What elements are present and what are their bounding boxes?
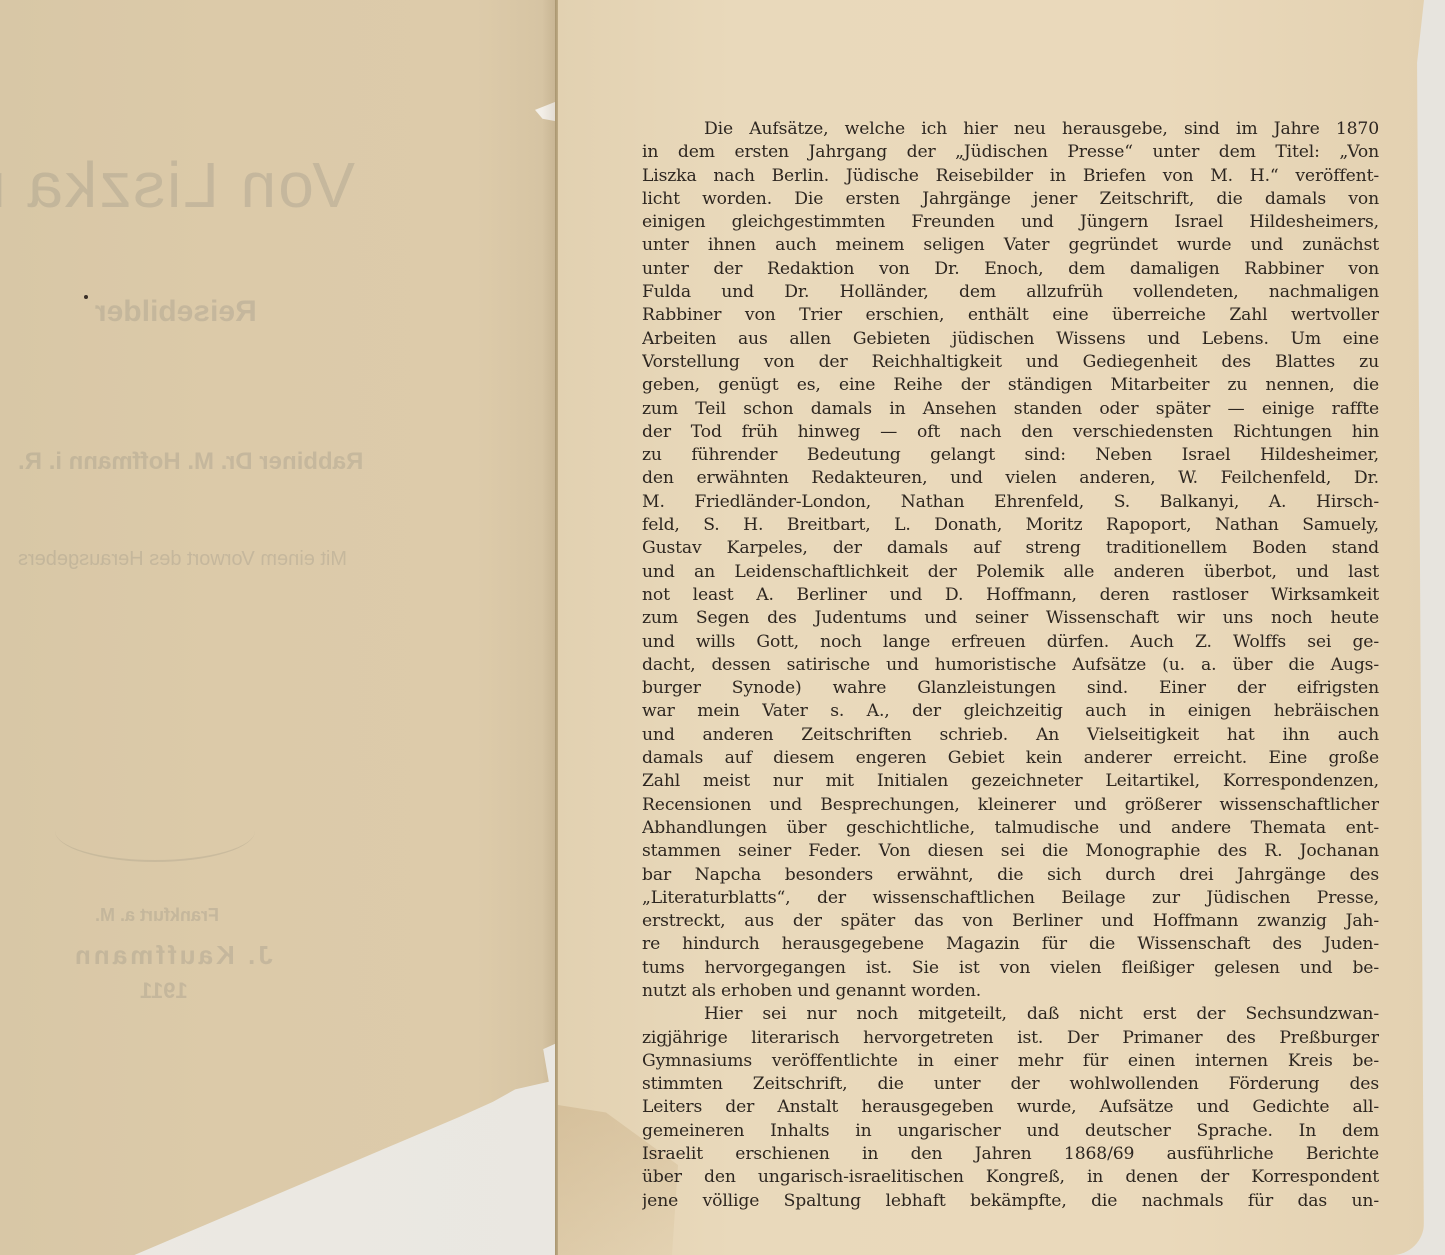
text-line: Fulda und Dr. Holländer, dem allzufrüh v… [642,281,1379,304]
bleed-through-year: 1911 [140,978,188,1004]
text-line: Gymnasiums veröffentlichte in einer mehr… [642,1050,1379,1073]
paragraph-2: Hier sei nur noch mitgeteilt, daß nicht … [642,1003,1379,1213]
bleed-through-author: Rabbiner Dr. M. Hoffmann i. R. [18,448,363,476]
text-line: Leiters der Anstalt herausgegeben wurde,… [642,1096,1379,1119]
text-line: bar Napcha besonders erwähnt, die sich d… [642,864,1379,887]
text-line: stimmten Zeitschrift, die unter der wohl… [642,1073,1379,1096]
text-line: re hindurch herausgegebene Magazin für d… [642,933,1379,956]
text-line: einigen gleichgestimmten Freunden und Jü… [642,211,1379,234]
text-line: burger Synode) wahre Glanzleistungen sin… [642,677,1379,700]
text-line: und an Leidenschaftlichkeit der Polemik … [642,561,1379,584]
text-line: und wills Gott, noch lange erfreuen dürf… [642,631,1379,654]
text-line: zigjährige literarisch hervorgetreten is… [642,1027,1379,1050]
text-line: nutzt als erhoben und genannt worden. [642,980,1379,1003]
text-line: Zahl meist nur mit Initialen gezeichnete… [642,770,1379,793]
text-line: war mein Vater s. A., der gleichzeitig a… [642,700,1379,723]
bleed-through-publisher-name: J. Kauffmann [72,940,273,971]
text-line: feld, S. H. Breitbart, L. Donath, Moritz… [642,514,1379,537]
ink-speck [84,295,88,299]
text-line: Hier sei nur noch mitgeteilt, daß nicht … [642,1003,1379,1026]
text-line: Recensionen und Besprechungen, kleinerer… [642,794,1379,817]
bleed-through-note: Mit einem Vorwort des Herausgebers [18,548,347,571]
right-page: Die Aufsätze, welche ich hier neu heraus… [558,0,1424,1255]
text-line: erstreckt, aus der später das von Berlin… [642,910,1379,933]
text-line: Arbeiten aus allen Gebieten jüdischen Wi… [642,328,1379,351]
text-line: unter der Redaktion von Dr. Enoch, dem d… [642,258,1379,281]
body-text: Die Aufsätze, welche ich hier neu heraus… [642,118,1379,1213]
text-line: Gustav Karpeles, der damals auf streng t… [642,537,1379,560]
text-line: Liszka nach Berlin. Jüdische Reisebilder… [642,165,1379,188]
text-line: in dem ersten Jahrgang der „Jüdischen Pr… [642,141,1379,164]
text-line: gemeineren Inhalts in ungarischer und de… [642,1120,1379,1143]
text-line: stammen seiner Feder. Von diesen sei die… [642,840,1379,863]
text-line: über den ungarisch-israelitischen Kongre… [642,1166,1379,1189]
text-line: zum Segen des Judentums und seiner Wisse… [642,607,1379,630]
text-line: M. Friedländer-London, Nathan Ehrenfeld,… [642,491,1379,514]
bleed-through-subtitle: Reisebilder [95,295,257,329]
text-line: der Tod früh hinweg — oft nach den versc… [642,421,1379,444]
text-line: Rabbiner von Trier erschien, enthält ein… [642,304,1379,327]
text-line: „Literaturblatts“, der wissenschaftliche… [642,887,1379,910]
text-line: damals auf diesem engeren Gebiet kein an… [642,747,1379,770]
text-line: unter ihnen auch meinem seligen Vater ge… [642,234,1379,257]
text-line: licht worden. Die ersten Jahrgänge jener… [642,188,1379,211]
text-line: und anderen Zeitschriften schrieb. An Vi… [642,724,1379,747]
text-line: zum Teil schon damals in Ansehen standen… [642,398,1379,421]
text-line: Abhandlungen über geschichtliche, talmud… [642,817,1379,840]
text-line: tums hervorgegangen ist. Sie ist von vie… [642,957,1379,980]
text-line: geben, genügt es, eine Reihe der ständig… [642,374,1379,397]
text-line: Vorstellung von der Reichhaltigkeit und … [642,351,1379,374]
text-line: Israelit erschienen in den Jahren 1868/6… [642,1143,1379,1166]
text-line: jene völlige Spaltung lebhaft bekämpfte,… [642,1190,1379,1213]
bleed-through-publisher-place: Frankfurt a. M. [95,905,219,926]
bleed-through-ornament-icon [55,800,255,862]
text-line: dacht, dessen satirische und humoristisc… [642,654,1379,677]
text-line: Die Aufsätze, welche ich hier neu heraus… [642,118,1379,141]
bleed-through-title: Von Liszka nach Berlin [0,148,355,222]
text-line: zu führender Bedeutung gelangt sind: Neb… [642,444,1379,467]
paragraph-1: Die Aufsätze, welche ich hier neu heraus… [642,118,1379,1003]
text-line: not least A. Berliner und D. Hoffmann, d… [642,584,1379,607]
left-page: Von Liszka nach Berlin Reisebilder Rabbi… [0,0,560,1255]
text-line: den erwähnten Redakteuren, und vielen an… [642,467,1379,490]
